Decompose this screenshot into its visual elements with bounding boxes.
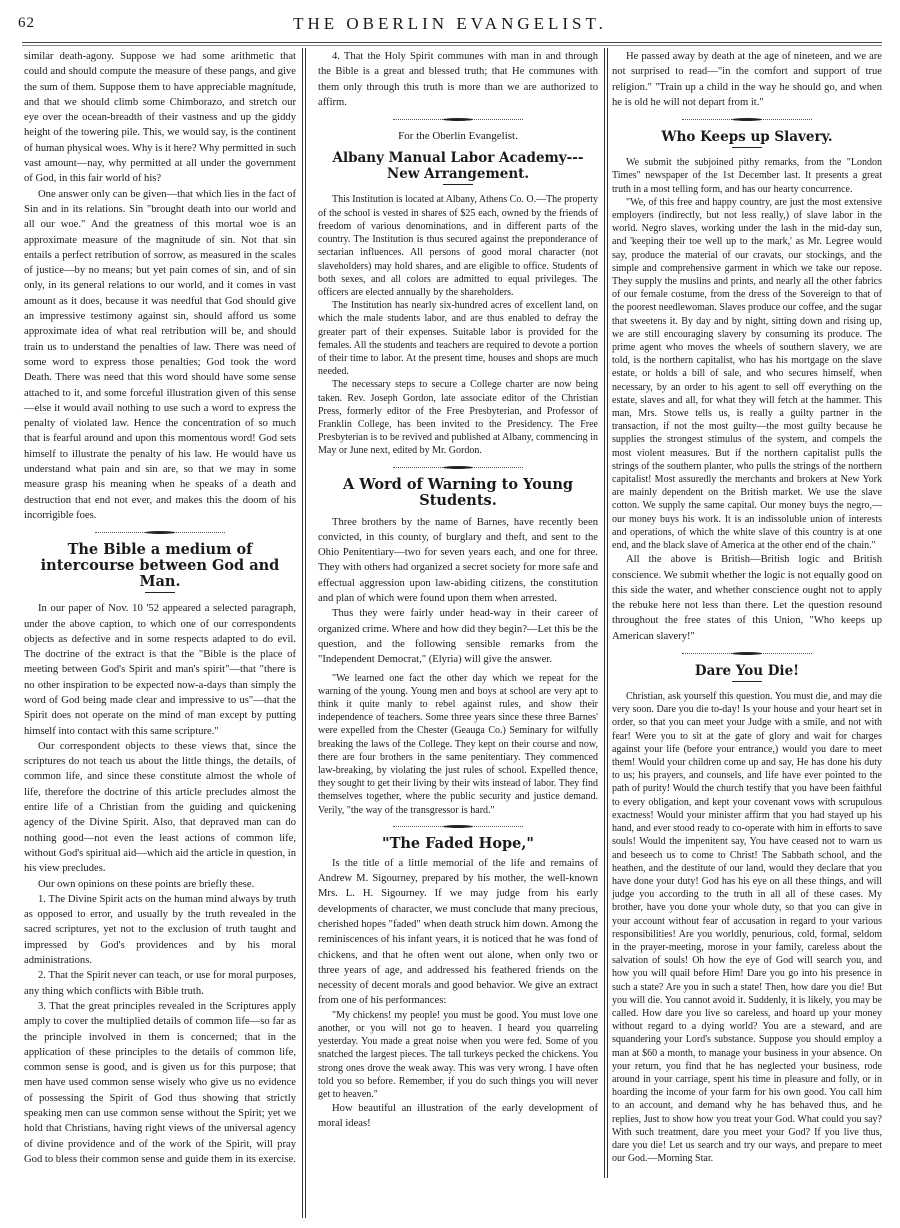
column-divider (604, 48, 608, 1178)
article-continuation: He passed away by death at the age of ni… (612, 49, 882, 110)
article-headline: Dare You Die! (612, 663, 882, 679)
block-quote: "We learned one fact the other day which… (318, 672, 598, 817)
article-headline: A Word of Warning to Young Students. (318, 477, 598, 509)
article-paragraph: Our correspondent objects to these views… (24, 739, 296, 877)
block-quote: "We, of this free and happy country, are… (612, 196, 882, 552)
article-paragraph: Our own opinions on these points are bri… (24, 877, 296, 892)
list-item: 4. That the Holy Spirit communes with ma… (318, 49, 598, 110)
list-item: 1. The Divine Spirit acts on the human m… (24, 892, 296, 968)
masthead: 62 THE OBERLIN EVANGELIST. (0, 0, 900, 38)
article-headline: The Bible a medium of intercourse betwee… (24, 542, 296, 590)
article-paragraph: This Institution is located at Albany, A… (318, 193, 598, 299)
article-paragraph: One answer only can be given—that which … (24, 187, 296, 524)
headline-rule (732, 681, 762, 682)
article-paragraph: In our paper of Nov. 10 '52 appeared a s… (24, 601, 296, 739)
column-1: similar death-agony. Suppose we had some… (24, 49, 296, 1167)
article-paragraph: Thus they were fairly under head-way in … (318, 606, 598, 667)
column-2: 4. That the Holy Spirit communes with ma… (318, 49, 598, 1132)
section-separator (393, 466, 523, 469)
section-separator (95, 531, 225, 534)
article-paragraph: The necessary steps to secure a College … (318, 378, 598, 457)
article-paragraph: The Institution has nearly six-hundred a… (318, 299, 598, 378)
article-paragraph: All the above is British—British logic a… (612, 552, 882, 644)
list-item: 3. That the great principles revealed in… (24, 999, 296, 1167)
article-paragraph: Christian, ask yourself this question. Y… (612, 690, 882, 1165)
list-item: 2. That the Spirit never can teach, or u… (24, 968, 296, 999)
headline-rule (443, 184, 473, 185)
section-separator (393, 825, 523, 828)
article-headline: Who Keeps up Slavery. (612, 129, 882, 145)
newspaper-title: THE OBERLIN EVANGELIST. (0, 14, 900, 34)
article-paragraph: How beautiful an illustration of the ear… (318, 1101, 598, 1132)
column-3: He passed away by death at the age of ni… (612, 49, 882, 1165)
article-headline: Albany Manual Labor Academy---New Arrang… (318, 150, 598, 182)
article-continuation: similar death-agony. Suppose we had some… (24, 49, 296, 187)
headline-rule (732, 147, 762, 148)
headline-rule (145, 592, 175, 593)
article-paragraph: Three brothers by the name of Barnes, ha… (318, 515, 598, 607)
section-separator (682, 118, 812, 121)
article-byline: For the Oberlin Evangelist. (318, 129, 598, 144)
article-paragraph: We submit the subjoined pithy remarks, f… (612, 156, 882, 196)
section-separator (682, 652, 812, 655)
section-separator (393, 118, 523, 121)
article-paragraph: Is the title of a little memorial of the… (318, 856, 598, 1009)
article-headline: "The Faded Hope," (318, 836, 598, 852)
column-divider (302, 48, 306, 1218)
block-quote: "My chickens! my people! you must be goo… (318, 1009, 598, 1101)
masthead-rule (22, 42, 882, 46)
